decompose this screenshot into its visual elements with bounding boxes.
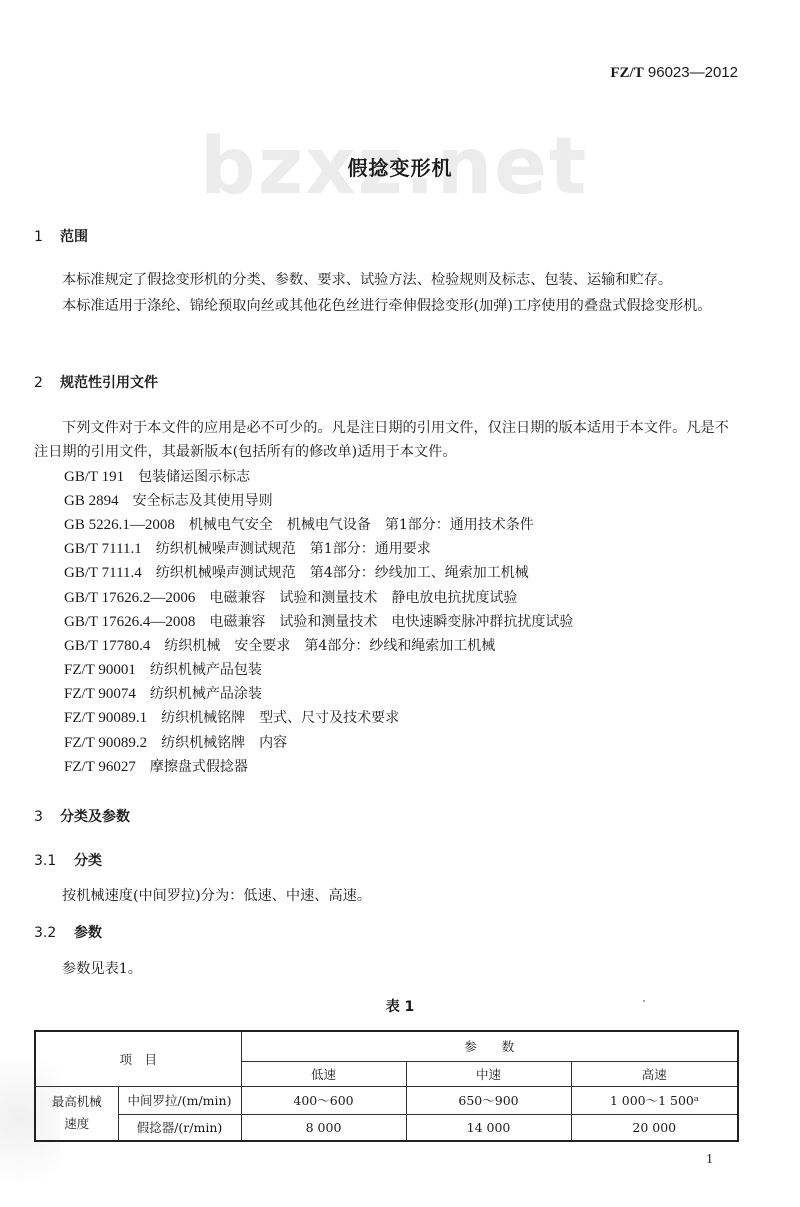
reference-item: GB 2894安全标志及其使用导则 xyxy=(64,489,273,513)
table-row: 最高机械 速度 中间罗拉/(m/min) 400～600 650～900 1 0… xyxy=(35,1086,738,1114)
header-low-speed: 低速 xyxy=(241,1061,406,1086)
reference-title: 纺织机械铭牌 内容 xyxy=(161,735,287,751)
cell-value: 20 000 xyxy=(571,1114,738,1141)
reference-title: 包装储运图示标志 xyxy=(138,469,250,485)
reference-title: 摩擦盘式假捻器 xyxy=(150,759,248,775)
section-3-heading: 3分类及参数 xyxy=(34,806,130,826)
reference-code: FZ/T 90089.1 xyxy=(64,710,147,726)
table-caption: 表 1 xyxy=(0,996,800,1016)
document-title: 假捻变形机 xyxy=(0,152,800,181)
section-title: 分类 xyxy=(74,853,102,869)
section-3-2-heading: 3.2参数 xyxy=(34,922,102,942)
reference-code: GB/T 17780.4 xyxy=(64,638,150,654)
standard-code: FZ/T 96023—2012 xyxy=(610,64,738,82)
reference-code: GB/T 191 xyxy=(64,469,124,485)
reference-item: FZ/T 90089.2纺织机械铭牌 内容 xyxy=(64,731,287,755)
section-title: 分类及参数 xyxy=(60,809,130,825)
reference-code: GB/T 17626.2—2006 xyxy=(64,590,195,606)
cell-value: 400～600 xyxy=(241,1086,406,1114)
section-3-1-heading: 3.1分类 xyxy=(34,850,102,870)
section-title: 范围 xyxy=(60,229,88,245)
classification-text: 按机械速度(中间罗拉)分为：低速、中速、高速。 xyxy=(34,884,740,908)
reference-item: GB/T 17780.4纺织机械 安全要求 第4部分：纱线和绳索加工机械 xyxy=(64,634,495,658)
parameters-table: 项 目 参 数 低速 中速 高速 最高机械 速度 中间罗拉/(m/min) 40… xyxy=(34,1030,739,1142)
reference-code: GB/T 17626.4—2008 xyxy=(64,614,195,630)
reference-item: GB/T 17626.4—2008电磁兼容 试验和测量技术 电快速瞬变脉冲群抗扰… xyxy=(64,610,573,634)
section-number: 2 xyxy=(34,375,60,391)
header-params: 参 数 xyxy=(241,1031,738,1061)
table-header-row: 项 目 参 数 xyxy=(35,1031,738,1061)
cell-value: 14 000 xyxy=(406,1114,571,1141)
reference-item: GB 5226.1—2008机械电气安全 机械电气设备 第1部分：通用技术条件 xyxy=(64,513,534,537)
standard-prefix: FZ/T xyxy=(610,65,643,81)
reference-title: 纺织机械 安全要求 第4部分：纱线和绳索加工机械 xyxy=(164,638,495,654)
header-item: 项 目 xyxy=(35,1031,241,1086)
reference-title: 纺织机械产品涂装 xyxy=(150,686,262,702)
reference-title: 电磁兼容 试验和测量技术 静电放电抗扰度试验 xyxy=(209,590,517,606)
cell-value: 8 000 xyxy=(241,1114,406,1141)
section-number: 3 xyxy=(34,809,60,825)
reference-title: 纺织机械噪声测试规范 第1部分：通用要求 xyxy=(156,541,431,557)
reference-title: 纺织机械铭牌 型式、尺寸及技术要求 xyxy=(161,710,399,726)
reference-title: 纺织机械产品包装 xyxy=(150,662,262,678)
reference-code: GB/T 7111.4 xyxy=(64,565,142,581)
section-number: 3.2 xyxy=(34,925,74,941)
scope-paragraph-1: 本标准规定了假捻变形机的分类、参数、要求、试验方法、检验规则及标志、包装、运输和… xyxy=(34,268,740,292)
reference-item: FZ/T 96027摩擦盘式假捻器 xyxy=(64,755,248,779)
table-row: 假捻器/(r/min) 8 000 14 000 20 000 xyxy=(35,1114,738,1141)
scan-speck xyxy=(643,1000,645,1002)
reference-item: GB/T 7111.4纺织机械噪声测试规范 第4部分：纱线加工、绳索加工机械 xyxy=(64,561,529,585)
reference-item: FZ/T 90001纺织机械产品包装 xyxy=(64,658,262,682)
normative-references-intro: 下列文件对于本文件的应用是必不可少的。凡是注日期的引用文件，仅注日期的版本适用于… xyxy=(34,416,740,464)
reference-code: FZ/T 90001 xyxy=(64,662,136,678)
reference-code: GB/T 7111.1 xyxy=(64,541,142,557)
reference-item: FZ/T 90089.1纺织机械铭牌 型式、尺寸及技术要求 xyxy=(64,706,399,730)
reference-title: 纺织机械噪声测试规范 第4部分：纱线加工、绳索加工机械 xyxy=(156,565,529,581)
reference-item: FZ/T 90074纺织机械产品涂装 xyxy=(64,682,262,706)
row-label: 假捻器/(r/min) xyxy=(118,1114,241,1141)
reference-code: GB 5226.1—2008 xyxy=(64,517,175,533)
reference-item: GB/T 191包装储运图示标志 xyxy=(64,465,250,489)
reference-item: GB/T 17626.2—2006电磁兼容 试验和测量技术 静电放电抗扰度试验 xyxy=(64,586,517,610)
section-2-heading: 2规范性引用文件 xyxy=(34,372,158,392)
scan-noise xyxy=(0,1060,60,1207)
row-group-line: 速度 xyxy=(64,1116,89,1131)
section-title: 参数 xyxy=(74,925,102,941)
cell-value: 650～900 xyxy=(406,1086,571,1114)
section-number: 3.1 xyxy=(34,853,74,869)
reference-code: FZ/T 90089.2 xyxy=(64,735,147,751)
reference-title: 电磁兼容 试验和测量技术 电快速瞬变脉冲群抗扰度试验 xyxy=(209,614,573,630)
reference-code: FZ/T 90074 xyxy=(64,686,136,702)
header-medium-speed: 中速 xyxy=(406,1061,571,1086)
scope-paragraph-2: 本标准适用于涤纶、锦纶预取向丝或其他花色丝进行牵伸假捻变形(加弹)工序使用的叠盘… xyxy=(34,294,740,318)
cell-value: 1 000～1 500ᵃ xyxy=(571,1086,738,1114)
section-1-heading: 1范围 xyxy=(34,226,88,246)
parameters-text: 参数见表1。 xyxy=(34,957,740,981)
row-label: 中间罗拉/(m/min) xyxy=(118,1086,241,1114)
reference-code: FZ/T 96027 xyxy=(64,759,136,775)
reference-code: GB 2894 xyxy=(64,493,119,509)
reference-title: 安全标志及其使用导则 xyxy=(133,493,273,509)
header-high-speed: 高速 xyxy=(571,1061,738,1086)
standard-number: 96023—2012 xyxy=(648,64,738,81)
page-number: 1 xyxy=(706,1152,713,1168)
reference-item: GB/T 7111.1纺织机械噪声测试规范 第1部分：通用要求 xyxy=(64,537,431,561)
section-number: 1 xyxy=(34,229,60,245)
reference-title: 机械电气安全 机械电气设备 第1部分：通用技术条件 xyxy=(189,517,534,533)
section-title: 规范性引用文件 xyxy=(60,375,158,391)
